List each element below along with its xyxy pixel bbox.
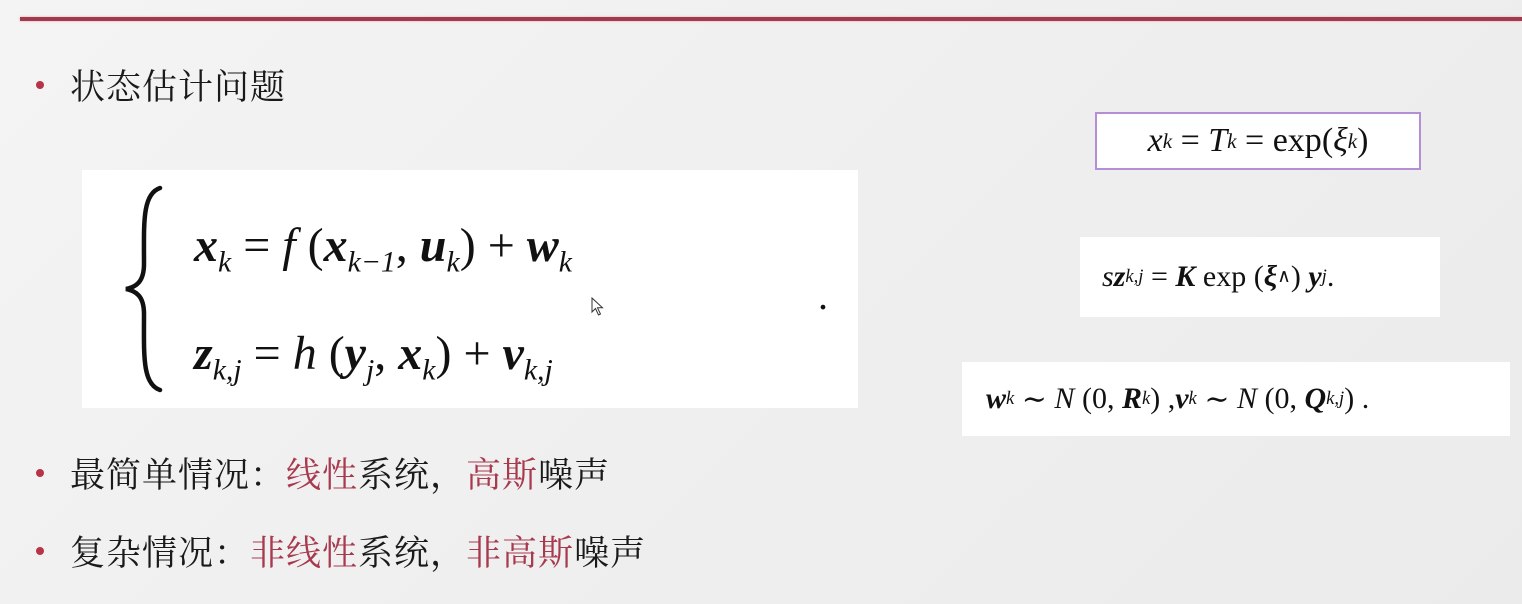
observation-equation: zk,j = h (yj, xk) + vk,j <box>194 326 553 387</box>
bullet-mid: 系统， <box>358 526 466 576</box>
camera-observation-equation: szk,j = K exp (ξ∧) yj. <box>1080 237 1440 317</box>
equation-period: . <box>818 272 828 319</box>
bullet-icon <box>36 469 44 477</box>
highlight-gaussian: 高斯 <box>466 448 538 498</box>
bullet-complex-case: 复杂情况：非线性系统，非高斯噪声 <box>36 526 646 576</box>
noise-distribution-equation: wk ∼ N (0, Rk) ,vk ∼ N (0, Qk,j) . <box>962 362 1510 436</box>
bullet-prefix: 最简单情况： <box>70 448 286 498</box>
highlight-nonlinear: 非线性 <box>250 526 358 576</box>
mouse-cursor-icon <box>591 297 605 317</box>
bullet-mid: 系统， <box>358 448 466 498</box>
bullet-state-estimation: 状态估计问题 <box>36 60 286 110</box>
highlight-linear: 线性 <box>286 448 358 498</box>
bullet-suffix: 噪声 <box>574 526 646 576</box>
title-divider-line <box>20 17 1522 21</box>
pose-lie-algebra-equation: xk = Tk = exp(ξk) <box>1095 112 1421 170</box>
bullet-suffix: 噪声 <box>538 448 610 498</box>
bullet-simple-case: 最简单情况：线性系统，高斯噪声 <box>36 448 610 498</box>
bullet-icon <box>36 547 44 555</box>
bullet-icon <box>36 81 44 89</box>
bullet-prefix: 复杂情况： <box>70 526 250 576</box>
bullet-text: 状态估计问题 <box>70 60 286 110</box>
motion-equation: xk = f (xk−1, uk) + wk <box>194 218 572 279</box>
left-brace-icon <box>122 184 166 394</box>
state-space-equations: xk = f (xk−1, uk) + wk zk,j = h (yj, xk)… <box>82 170 858 408</box>
highlight-non-gaussian: 非高斯 <box>466 526 574 576</box>
